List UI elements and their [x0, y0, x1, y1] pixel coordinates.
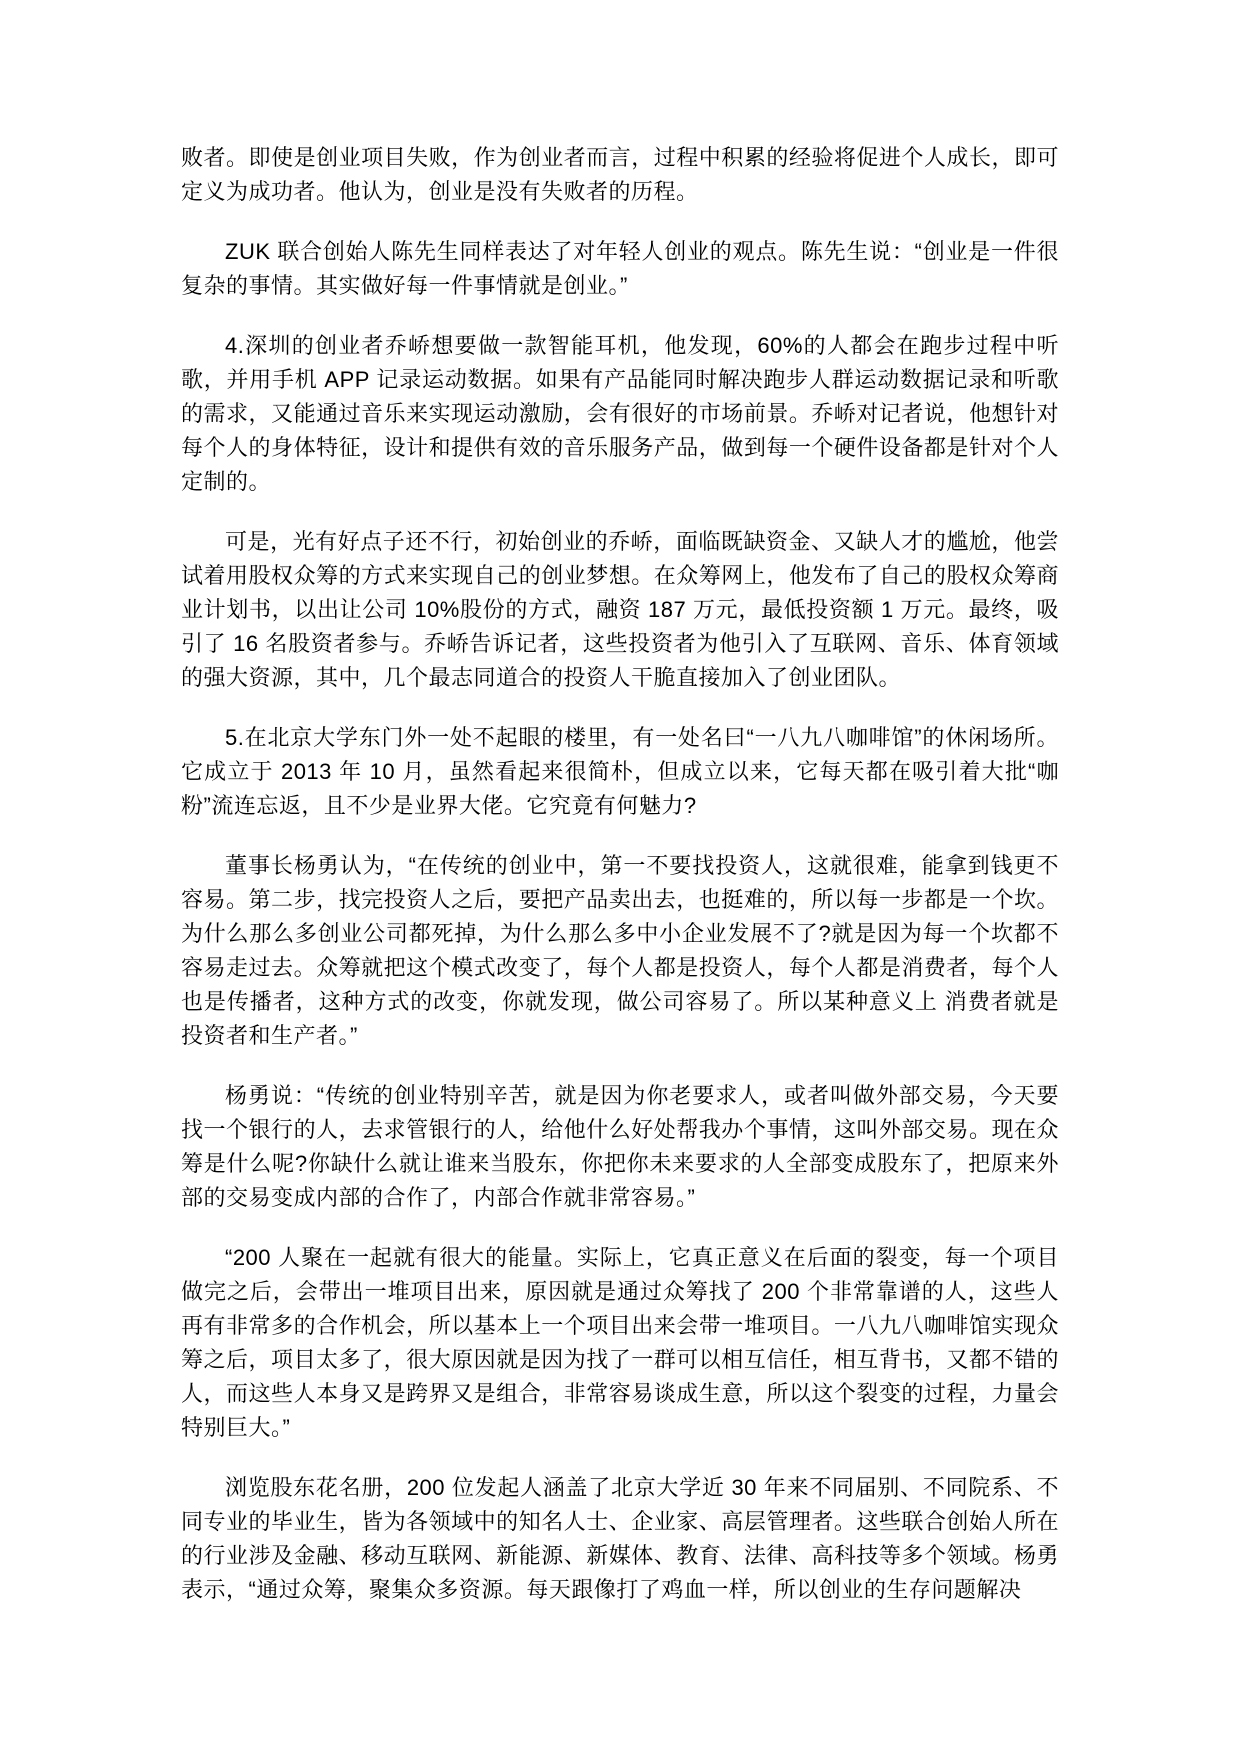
paragraph-2: ZUK 联合创始人陈先生同样表达了对年轻人创业的观点。陈先生说：“创业是一件很复…: [181, 235, 1059, 303]
paragraph-5: 5.在北京大学东门外一处不起眼的楼里，有一处名曰“一八九八咖啡馆”的休闲场所。它…: [181, 721, 1059, 823]
paragraph-1: 败者。即使是创业项目失败，作为创业者而言，过程中积累的经验将促进个人成长，即可定…: [181, 141, 1059, 209]
paragraph-9: 浏览股东花名册，200 位发起人涵盖了北京大学近 30 年来不同届别、不同院系、…: [181, 1471, 1059, 1607]
paragraph-3: 4.深圳的创业者乔峤想要做一款智能耳机，他发现，60%的人都会在跑步过程中听歌，…: [181, 329, 1059, 499]
paragraph-7: 杨勇说：“传统的创业特别辛苦，就是因为你老要求人，或者叫做外部交易，今天要找一个…: [181, 1079, 1059, 1215]
paragraph-6: 董事长杨勇认为，“在传统的创业中，第一不要找投资人，这就很难，能拿到钱更不容易。…: [181, 849, 1059, 1053]
paragraph-8: “200 人聚在一起就有很大的能量。实际上，它真正意义在后面的裂变，每一个项目做…: [181, 1241, 1059, 1445]
paragraph-4: 可是，光有好点子还不行，初始创业的乔峤，面临既缺资金、又缺人才的尴尬，他尝试着用…: [181, 525, 1059, 695]
document-page: 败者。即使是创业项目失败，作为创业者而言，过程中积累的经验将促进个人成长，即可定…: [0, 0, 1240, 1754]
